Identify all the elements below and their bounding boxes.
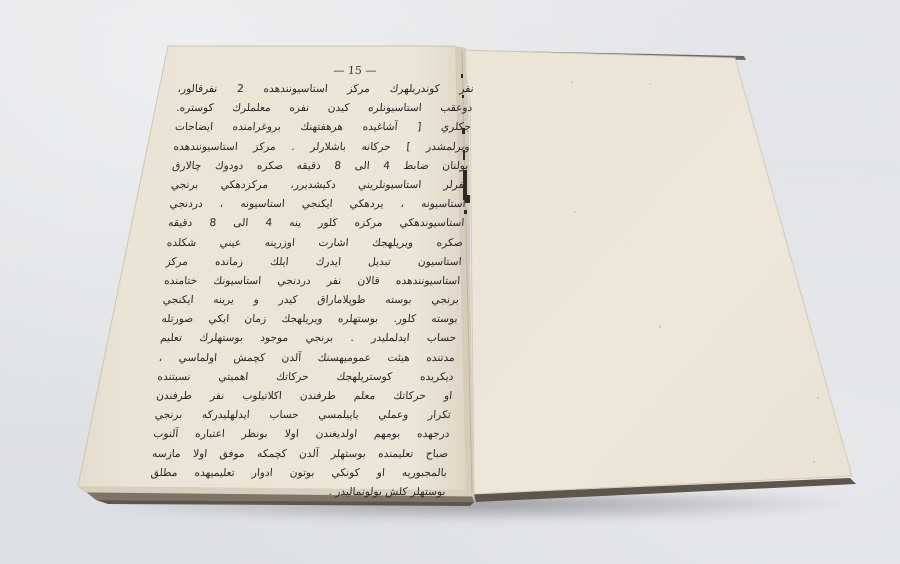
text-line: استاسيونه ، يردهكي ايكنجي استاسيونه ، در… [169,195,466,214]
text-line: صكره ويريلهجك اشارت اوزرينه عيني شكلده [166,234,463,253]
text-line: نفرلر استاسيونلريني دكيشديرر، مركزدهكي ب… [170,176,467,195]
text-line-last: بوستهلر كلش بولونماليدر . [149,483,446,502]
left-page-text: — 15 — نفر كوندريلهرك مركز استاسيونندهده… [150,64,475,484]
text-line: ديكريده كوستريلهجك حركاتك اهميتي نسبتنده [157,368,454,387]
text-line: مدتنده هيئت عموميهسنك آلدن كچمش اولماسي … [158,349,455,368]
right-page [462,50,852,494]
text-line: درجهده بومهم اولديغندن اولا بونظر اعتبار… [153,425,450,444]
text-line: دوعقب استاسيونلره كيدن نفره معلملرك كوست… [176,99,473,118]
text-line: استاسيونندهده قالان نفر دردنجي استاسيونك… [163,272,460,291]
text-line: او حركاتك معلم طرفندن اكلاتيلوب نفر طرفن… [155,387,452,406]
text-line: ويرلمشدر ] حركانه باشلارلر . مركز استاسي… [173,138,470,157]
text-line: بوسته كلور. بوستهلره ويريلهجك زمان ايكي … [161,310,458,329]
text-line: صباح تعليمنده بوستهلر آلدن كچمكه موفق او… [151,445,448,464]
text-line: برنجي بوسته طوپلاماراق كيدر و يرينه ايكن… [162,291,459,310]
text-line: استاسيون تبديل ايدرك ايلك زمانده مركز [165,253,462,272]
text-line: استاسيوندهكي مركزه كلور ينه 4 الى 8 دقيق… [168,214,465,233]
text-line: بالمجبوريه او كونكي بوتون ادوار تعليميهد… [150,464,447,483]
text-lines: نفر كوندريلهرك مركز استاسيونندهده 2 نفرق… [149,80,475,502]
text-line: تكرار وعملي ياپيلمسي حساب ايدلهليدركه بر… [154,406,451,425]
text-line: نفر كوندريلهرك مركز استاسيونندهده 2 نفرق… [177,80,474,99]
text-line: بولنان ضابط 4 الى 8 دقيقه صكره دودوك چال… [172,157,469,176]
text-line: حساب ايدلمليدر . برنجي موجود بوستهلرك تع… [159,329,456,348]
text-line: جكلري [ آشاغيده هرهفتهنك بروغرامنده ايضا… [174,118,471,137]
page-number: — 15 — [206,64,503,77]
